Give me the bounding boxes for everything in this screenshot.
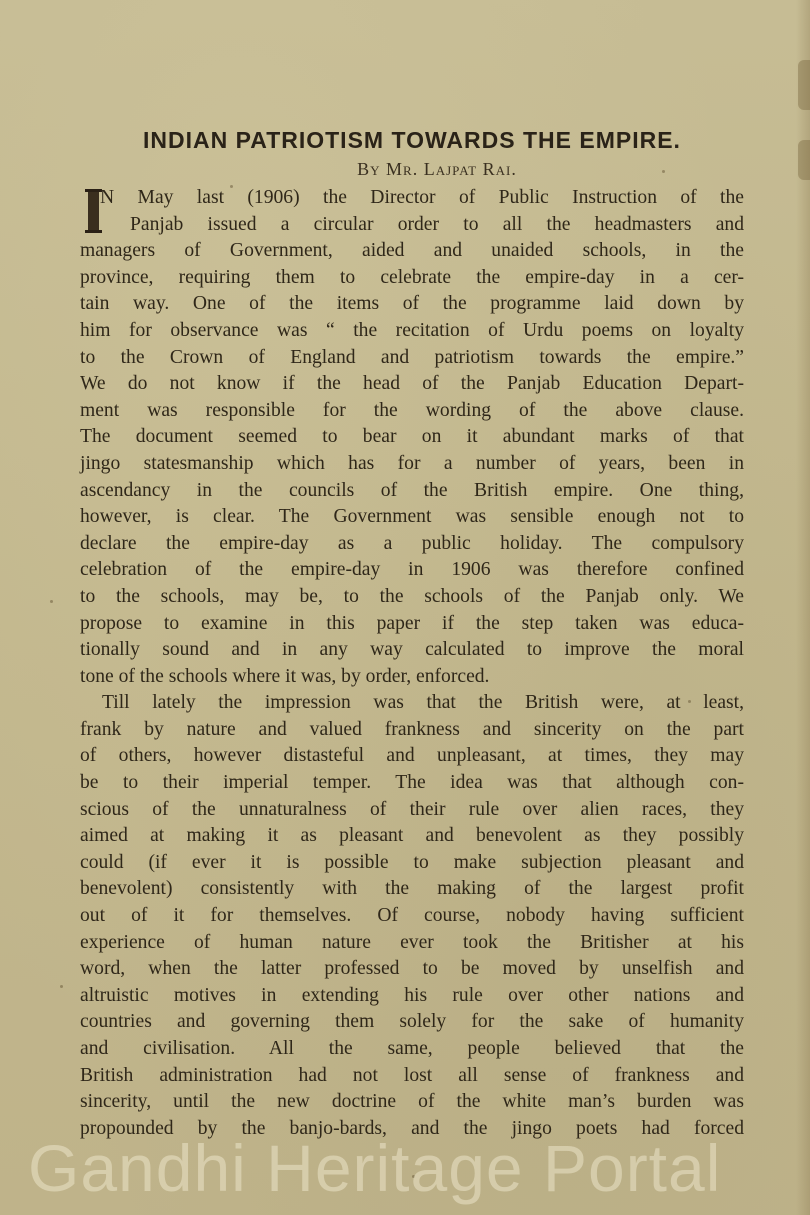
text-line: countries and governing them solely for …	[80, 1009, 744, 1036]
text-line: ascendancy in the councils of the Britis…	[80, 478, 744, 505]
text-line: frank by nature and valued frankness and…	[80, 717, 744, 744]
article-byline: By Mr. Lajpat Rai.	[130, 157, 744, 181]
text-line-content: N May last (1906) the Director of Public…	[100, 187, 744, 208]
text-line: out of it for themselves. Of course, nob…	[80, 903, 744, 930]
watermark: Gandhi Heritage Portal	[28, 1128, 721, 1208]
text-line: to the Crown of England and patriotism t…	[80, 345, 744, 372]
text-line: tionally sound and in any way calculated…	[80, 637, 744, 664]
text-line: British administration had not lost all …	[80, 1063, 744, 1090]
text-line: and civilisation. All the same, people b…	[80, 1036, 744, 1063]
text-line: aimed at making it as pleasant and benev…	[80, 823, 744, 850]
text-line: Till lately the impression was that the …	[80, 690, 744, 717]
text-line: be to their imperial temper. The idea wa…	[80, 770, 744, 797]
text-line: propose to examine in this paper if the …	[80, 611, 744, 638]
text-line: could (if ever it is possible to make su…	[80, 850, 744, 877]
text-line: ment was responsible for the wording of …	[80, 398, 744, 425]
text-line: however, is clear. The Government was se…	[80, 504, 744, 531]
text-line: word, when the latter professed to be mo…	[80, 956, 744, 983]
text-line: We do not know if the head of the Panjab…	[80, 371, 744, 398]
text-line: to the schools, may be, to the schools o…	[80, 584, 744, 611]
paper-speck	[60, 985, 63, 988]
text-line: scious of the unnaturalness of their rul…	[80, 797, 744, 824]
text-line: province, requiring them to celebrate th…	[80, 265, 744, 292]
text-line: The document seemed to bear on it abunda…	[80, 424, 744, 451]
article-title: INDIAN PATRIOTISM TOWARDS THE EMPIRE.	[80, 125, 744, 155]
text-line: sincerity, until the new doctrine of the…	[80, 1089, 744, 1116]
text-line: jingo statesmanship which has for a numb…	[80, 451, 744, 478]
text-line: of others, however distasteful and unple…	[80, 743, 744, 770]
text-line: tone of the schools where it was, by ord…	[80, 664, 744, 691]
text-line: experience of human nature ever took the…	[80, 930, 744, 957]
text-line: declare the empire-day as a public holid…	[80, 531, 744, 558]
paper-stain	[798, 140, 810, 180]
paper-speck	[50, 600, 53, 603]
text-line: Panjab issued a circular order to all th…	[80, 212, 744, 239]
text-line: benevolent) consistently with the making…	[80, 876, 744, 903]
text-line: managers of Government, aided and unaide…	[80, 238, 744, 265]
text-line: altruistic motives in extending his rule…	[80, 983, 744, 1010]
drop-cap-letter	[88, 189, 99, 233]
paragraph-1: N May last (1906) the Director of Public…	[80, 185, 744, 690]
text-line: celebration of the empire-day in 1906 wa…	[80, 557, 744, 584]
article: INDIAN PATRIOTISM TOWARDS THE EMPIRE. By…	[80, 120, 744, 1142]
text-line: him for observance was “ the recitation …	[80, 318, 744, 345]
text-line: N May last (1906) the Director of Public…	[80, 185, 744, 212]
text-line: tain way. One of the items of the progra…	[80, 291, 744, 318]
paper-stain	[798, 60, 810, 110]
page-edge-shadow	[796, 0, 810, 1215]
paragraph-2: Till lately the impression was that the …	[80, 690, 744, 1142]
